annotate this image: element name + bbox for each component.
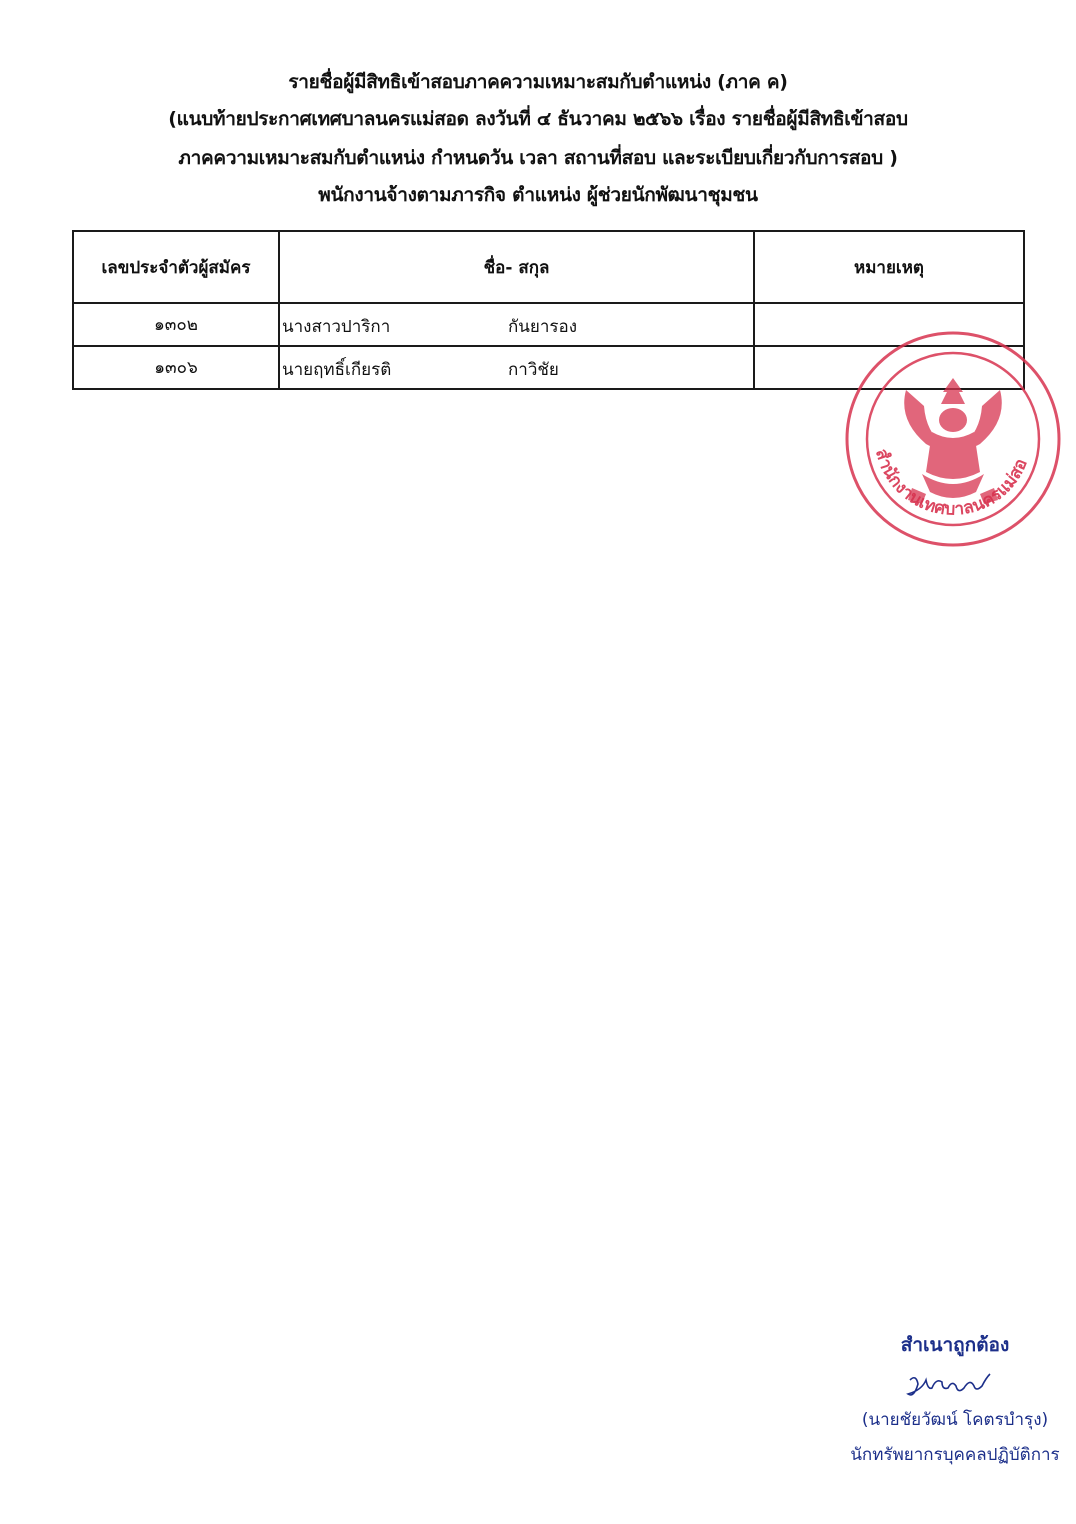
table-header-row: เลขประจำตัวผู้สมัคร ชื่อ- สกุล หมายเหตุ (73, 231, 1024, 303)
last-name: กาวิชัย (508, 356, 559, 383)
signature (840, 1366, 1070, 1404)
last-name: กันยารอง (508, 313, 577, 340)
document-subtitle-line-2: ภาคความเหมาะสมกับตำแหน่ง กำหนดวัน เวลา ส… (0, 143, 1076, 173)
applicant-id: ๑๓๐๒ (73, 303, 279, 346)
document-subtitle-line-1: (แนบท้ายประกาศเทศบาลนครแม่สอด ลงวันที่ ๔… (0, 104, 1076, 134)
header-full-name: ชื่อ- สกุล (279, 231, 754, 303)
garuda-emblem-icon: สำนักงานเทศบาลนครแม่สอด (842, 328, 1064, 550)
signer-position: นักทรัพยากรบุคคลปฏิบัติการ (840, 1441, 1070, 1468)
signer-name: (นายชัยวัฒน์ โคตรบำรุง) (840, 1406, 1070, 1433)
applicant-name: นางสาวปาริกา กันยารอง (279, 303, 754, 346)
certified-copy-label: สำเนาถูกต้อง (840, 1330, 1070, 1360)
official-seal: สำนักงานเทศบาลนครแม่สอด (842, 328, 1064, 550)
header-remarks: หมายเหตุ (754, 231, 1024, 303)
certification-block: สำเนาถูกต้อง (นายชัยวัฒน์ โคตรบำรุง) นัก… (840, 1330, 1070, 1468)
first-name: นางสาวปาริกา (282, 313, 390, 340)
applicant-id: ๑๓๐๖ (73, 346, 279, 389)
document-title: รายชื่อผู้มีสิทธิเข้าสอบภาคความเหมาะสมกั… (0, 67, 1076, 97)
header-applicant-id: เลขประจำตัวผู้สมัคร (73, 231, 279, 303)
position-title: พนักงานจ้างตามภารกิจ ตำแหน่ง ผู้ช่วยนักพ… (0, 180, 1076, 210)
applicant-name: นายฤทธิ์เกียรติ กาวิชัย (279, 346, 754, 389)
first-name: นายฤทธิ์เกียรติ (282, 356, 391, 383)
signature-icon (880, 1366, 1030, 1404)
